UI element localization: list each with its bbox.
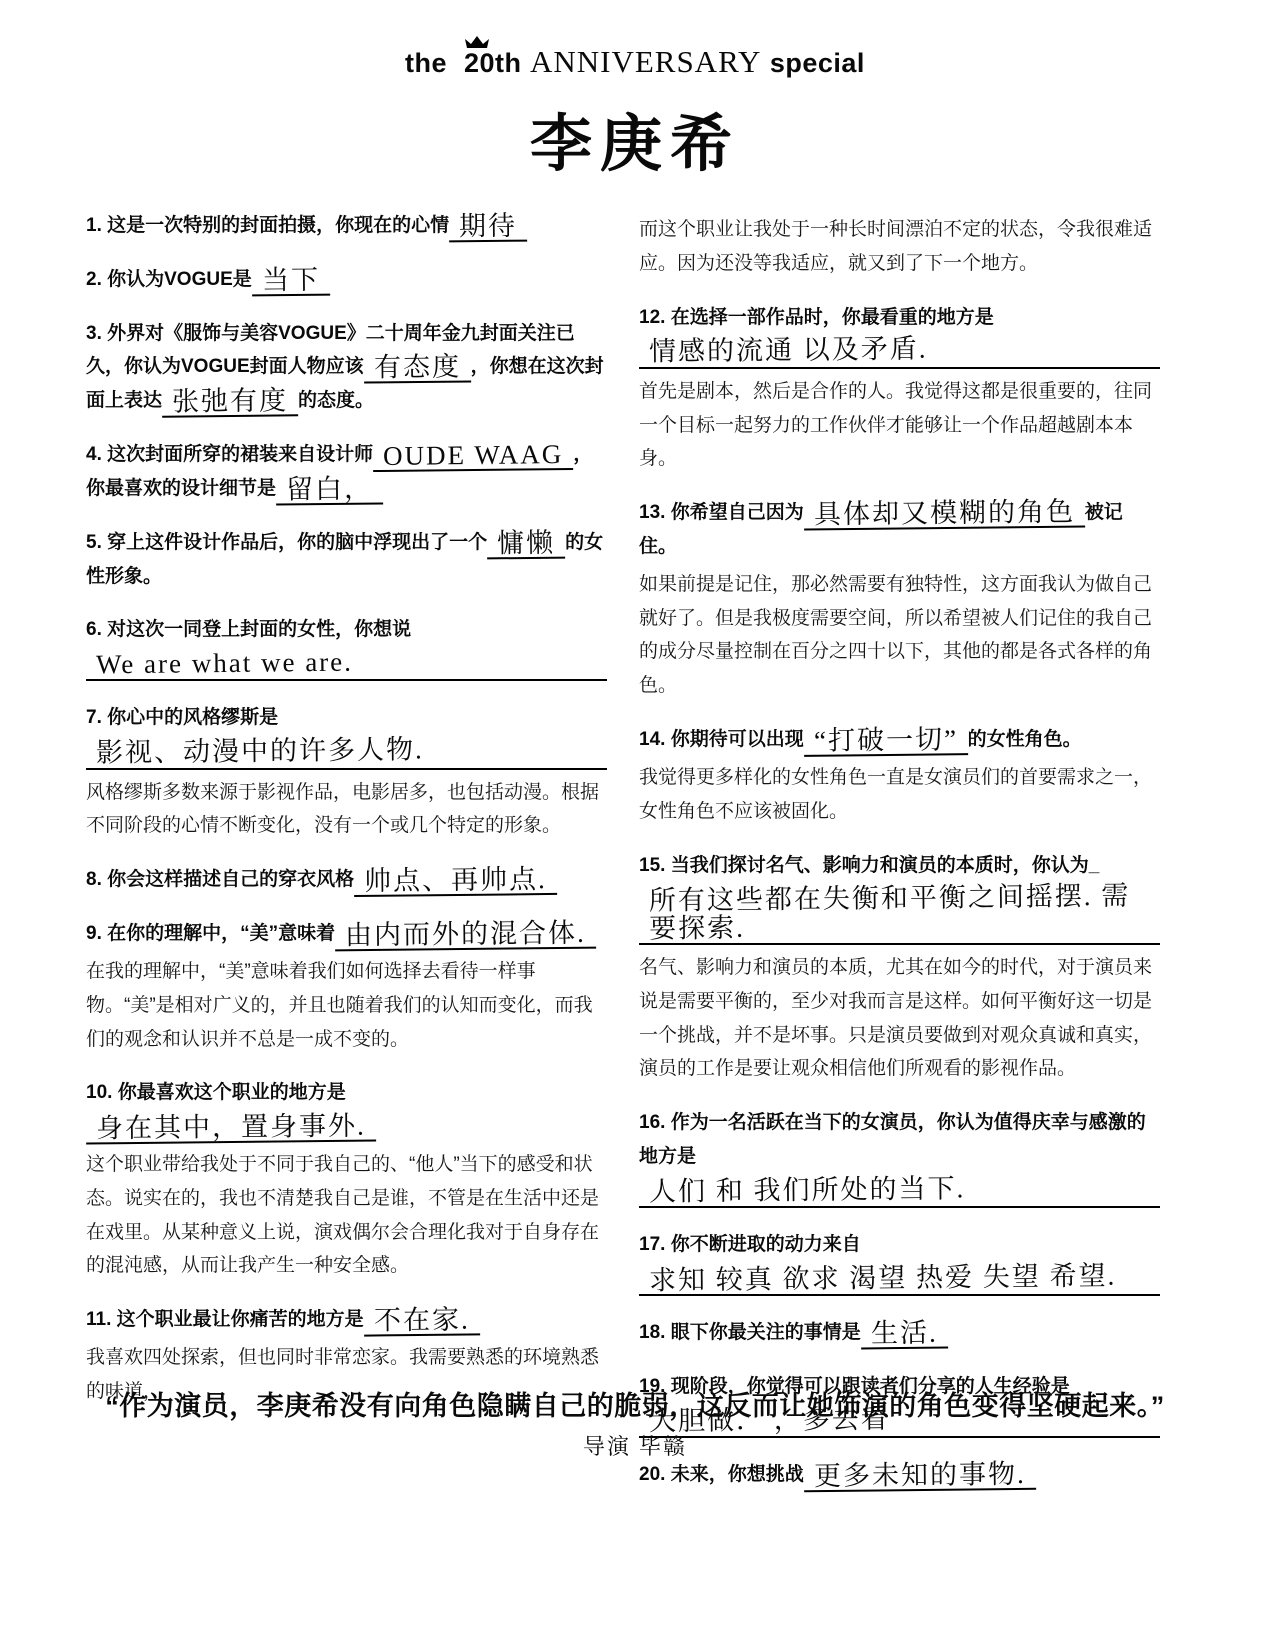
- question-line: 7. 你心中的风格缪斯是: [86, 701, 607, 735]
- handwritten-answer: 所有这些都在失衡和平衡之间摇摆. 需要探索.: [639, 882, 1161, 944]
- handwritten-answer: 张弛有度: [162, 387, 298, 419]
- question-line: 17. 你不断进取的动力来自: [639, 1228, 1160, 1262]
- question-text: 16. 作为一名活跃在当下的女演员，你认为值得庆幸与感激的地方是: [639, 1112, 1146, 1167]
- question-block: 9. 在你的理解中，“美”意味着由内而外的混合体.在我的理解中，“美”意味着我们…: [86, 917, 607, 1056]
- question-text: 9. 在你的理解中，“美”意味着: [86, 923, 335, 944]
- explanation-text: 首先是剧本，然后是合作的人。我觉得这都是很重要的，往同一个目标一起努力的工作伙伴…: [639, 375, 1160, 476]
- question-block: 1. 这是一次特别的封面拍摄，你现在的心情期待: [86, 209, 607, 243]
- question-line: 18. 眼下你最关注的事情是生活.: [639, 1316, 1160, 1350]
- question-text: 13. 你希望自己因为: [639, 502, 804, 523]
- right-column: 而这个职业让我处于一种长时间漂泊不定的状态，令我很难适应。因为还没等我适应，就又…: [639, 209, 1160, 1512]
- handwritten-answer: 期待: [449, 212, 527, 243]
- question-block: 17. 你不断进取的动力来自求知 较真 欲求 渴望 热爱 失望 希望.: [639, 1228, 1160, 1296]
- question-text: 8. 你会这样描述自己的穿衣风格: [86, 869, 354, 890]
- handwritten-answer: 留白，: [276, 474, 383, 505]
- question-line: 20. 未来，你想挑战更多未知的事物.: [639, 1458, 1160, 1492]
- banner-suffix: special: [770, 48, 865, 78]
- question-block: 6. 对这次一同登上封面的女性，你想说We are what we are.: [86, 613, 607, 681]
- question-line: 9. 在你的理解中，“美”意味着由内而外的混合体.: [86, 917, 607, 951]
- handwritten-answer: 影视、动漫中的许多人物.: [86, 735, 434, 767]
- handwritten-answer: 情感的流通 以及矛盾.: [639, 335, 938, 366]
- handwritten-answer: 慵懒: [487, 528, 565, 559]
- question-text: 17. 你不断进取的动力来自: [639, 1234, 861, 1255]
- explanation-text: 如果前提是记住，那必然需要有独特性，这方面我认为做自己就好了。但是我极度需要空间…: [639, 568, 1160, 703]
- handwritten-answer-line: 情感的流通 以及矛盾.: [639, 336, 1160, 368]
- handwritten-answer-line: 影视、动漫中的许多人物.: [86, 737, 607, 769]
- question-block: 4. 这次封面所穿的裙装来自设计师OUDE WAAG，你最喜欢的设计细节是留白，: [86, 438, 607, 506]
- question-block: 8. 你会这样描述自己的穿衣风格帅点、再帅点.: [86, 863, 607, 897]
- left-column: 1. 这是一次特别的封面拍摄，你现在的心情期待2. 你认为VOGUE是当下3. …: [86, 209, 607, 1512]
- handwritten-answer: 由内而外的混合体.: [335, 919, 596, 952]
- handwritten-answer: 人们 和 我们所处的当下.: [639, 1174, 976, 1206]
- question-line: 6. 对这次一同登上封面的女性，你想说: [86, 613, 607, 647]
- quote-attribution: 导演 毕赣: [0, 1430, 1270, 1461]
- question-text: 2. 你认为VOGUE是: [86, 269, 252, 290]
- question-block: 12. 在选择一部作品时，你最看重的地方是情感的流通 以及矛盾.首先是剧本，然后…: [639, 301, 1160, 477]
- explanation-text: 我觉得更多样化的女性角色一直是女演员们的首要需求之一，女性角色不应该被固化。: [639, 761, 1160, 829]
- question-line: 11. 这个职业最让你痛苦的地方是不在家.: [86, 1303, 607, 1337]
- handwritten-answer-line: We are what we are.: [86, 649, 607, 681]
- question-text: 20. 未来，你想挑战: [639, 1464, 804, 1485]
- page-header: the 20th ANNIVERSARY special: [0, 0, 1270, 80]
- explanation-text: 风格缪斯多数来源于影视作品，电影居多，也包括动漫。根据不同阶段的心情不断变化，没…: [86, 776, 607, 844]
- crown-icon: [464, 36, 490, 49]
- question-text: 15. 当我们探讨名气、影响力和演员的本质时，你认为_: [639, 855, 1099, 876]
- question-line: 16. 作为一名活跃在当下的女演员，你认为值得庆幸与感激的地方是: [639, 1106, 1160, 1174]
- handwritten-answer: We are what we are.: [86, 648, 363, 679]
- question-line: 2. 你认为VOGUE是当下: [86, 263, 607, 297]
- handwritten-answer: “打破一切”: [804, 725, 968, 757]
- question-text: 6. 对这次一同登上封面的女性，你想说: [86, 619, 411, 640]
- question-text: 1. 这是一次特别的封面拍摄，你现在的心情: [86, 215, 449, 236]
- banner-number: 20th: [464, 48, 522, 78]
- handwritten-answer: 求知 较真 欲求 渴望 热爱 失望 希望.: [639, 1262, 1127, 1295]
- question-block: 5. 穿上这件设计作品后，你的脑中浮现出了一个慵懒的女性形象。: [86, 526, 607, 594]
- question-block: 16. 作为一名活跃在当下的女演员，你认为值得庆幸与感激的地方是人们 和 我们所…: [639, 1106, 1160, 1208]
- director-quote: “作为演员，李庚希没有向角色隐瞒自己的脆弱，这反而让她饰演的角色变得坚硬起来。”: [0, 1384, 1270, 1423]
- question-line: 4. 这次封面所穿的裙装来自设计师OUDE WAAG，你最喜欢的设计细节是留白，: [86, 438, 607, 506]
- question-text: 5. 穿上这件设计作品后，你的脑中浮现出了一个: [86, 532, 487, 553]
- question-block: 18. 眼下你最关注的事情是生活.: [639, 1316, 1160, 1350]
- handwritten-answer: 具体却又模糊的角色: [804, 498, 1085, 531]
- question-line: 10. 你最喜欢这个职业的地方是身在其中，置身事外.: [86, 1076, 607, 1144]
- question-text: 18. 眼下你最关注的事情是: [639, 1322, 861, 1343]
- handwritten-answer-line: 求知 较真 欲求 渴望 热爱 失望 希望.: [639, 1264, 1160, 1296]
- question-block: 7. 你心中的风格缪斯是影视、动漫中的许多人物.风格缪斯多数来源于影视作品，电影…: [86, 701, 607, 843]
- question-block: 3. 外界对《服饰与美容VOGUE》二十周年金九封面关注已久，你认为VOGUE封…: [86, 317, 607, 418]
- question-text: 14. 你期待可以出现: [639, 729, 804, 750]
- handwritten-answer: 身在其中，置身事外.: [86, 1112, 376, 1145]
- question-line: 13. 你希望自己因为具体却又模糊的角色被记住。: [639, 496, 1160, 564]
- handwritten-answer: 有态度: [363, 353, 470, 384]
- handwritten-answer: OUDE WAAG: [373, 440, 574, 472]
- question-text: 的女性角色。: [968, 729, 1082, 750]
- question-text: 11. 这个职业最让你痛苦的地方是: [86, 1309, 364, 1330]
- explanation-text: 名气、影响力和演员的本质，尤其在如今的时代，对于演员来说是需要平衡的，至少对我而…: [639, 951, 1160, 1086]
- question-text: 10. 你最喜欢这个职业的地方是: [86, 1082, 346, 1103]
- banner-word: ANNIVERSARY: [526, 44, 765, 79]
- page-title: 李庚希: [0, 94, 1270, 183]
- explanation-text: 在我的理解中，“美”意味着我们如何选择去看待一样事物。“美”是相对广义的，并且也…: [86, 955, 607, 1056]
- question-line: 15. 当我们探讨名气、影响力和演员的本质时，你认为_: [639, 849, 1160, 883]
- question-line: 5. 穿上这件设计作品后，你的脑中浮现出了一个慵懒的女性形象。: [86, 526, 607, 594]
- questionnaire: 1. 这是一次特别的封面拍摄，你现在的心情期待2. 你认为VOGUE是当下3. …: [0, 183, 1270, 1512]
- question-line: 3. 外界对《服饰与美容VOGUE》二十周年金九封面关注已久，你认为VOGUE封…: [86, 317, 607, 418]
- anniversary-banner: the 20th ANNIVERSARY special: [405, 44, 865, 80]
- question-block: 15. 当我们探讨名气、影响力和演员的本质时，你认为_所有这些都在失衡和平衡之间…: [639, 849, 1160, 1087]
- handwritten-answer-line: 人们 和 我们所处的当下.: [639, 1176, 1160, 1208]
- question-text: 7. 你心中的风格缪斯是: [86, 707, 278, 728]
- question-block: 10. 你最喜欢这个职业的地方是身在其中，置身事外.这个职业带给我处于不同于我自…: [86, 1076, 607, 1283]
- question-line: 8. 你会这样描述自己的穿衣风格帅点、再帅点.: [86, 863, 607, 897]
- question-block: 13. 你希望自己因为具体却又模糊的角色被记住。如果前提是记住，那必然需要有独特…: [639, 496, 1160, 703]
- question-line: 1. 这是一次特别的封面拍摄，你现在的心情期待: [86, 209, 607, 243]
- question-line: 14. 你期待可以出现“打破一切”的女性角色。: [639, 723, 1160, 757]
- banner-number-wrap: 20th: [464, 48, 522, 79]
- handwritten-answer: 不在家.: [364, 1306, 480, 1338]
- question-text: 4. 这次封面所穿的裙装来自设计师: [86, 444, 373, 465]
- explanation-text: 而这个职业让我处于一种长时间漂泊不定的状态，令我很难适应。因为还没等我适应，就又…: [639, 213, 1160, 281]
- handwritten-answer-line: 所有这些都在失衡和平衡之间摇摆. 需要探索.: [639, 884, 1160, 945]
- question-block: 20. 未来，你想挑战更多未知的事物.: [639, 1458, 1160, 1492]
- question-block: 2. 你认为VOGUE是当下: [86, 263, 607, 297]
- question-text: 12. 在选择一部作品时，你最看重的地方是: [639, 307, 994, 328]
- explanation-text: 这个职业带给我处于不同于我自己的、“他人”当下的感受和状态。说实在的，我也不清楚…: [86, 1148, 607, 1283]
- question-line: 12. 在选择一部作品时，你最看重的地方是: [639, 301, 1160, 335]
- handwritten-answer: 帅点、再帅点.: [354, 865, 557, 897]
- handwritten-answer: 更多未知的事物.: [804, 1460, 1036, 1493]
- question-text: 的态度。: [298, 390, 374, 411]
- question-block: 14. 你期待可以出现“打破一切”的女性角色。我觉得更多样化的女性角色一直是女演…: [639, 723, 1160, 828]
- continuation-paragraph: 而这个职业让我处于一种长时间漂泊不定的状态，令我很难适应。因为还没等我适应，就又…: [639, 213, 1160, 281]
- handwritten-answer: 当下: [252, 265, 330, 296]
- banner-prefix: the: [405, 48, 447, 78]
- handwritten-answer: 生活.: [861, 1319, 948, 1350]
